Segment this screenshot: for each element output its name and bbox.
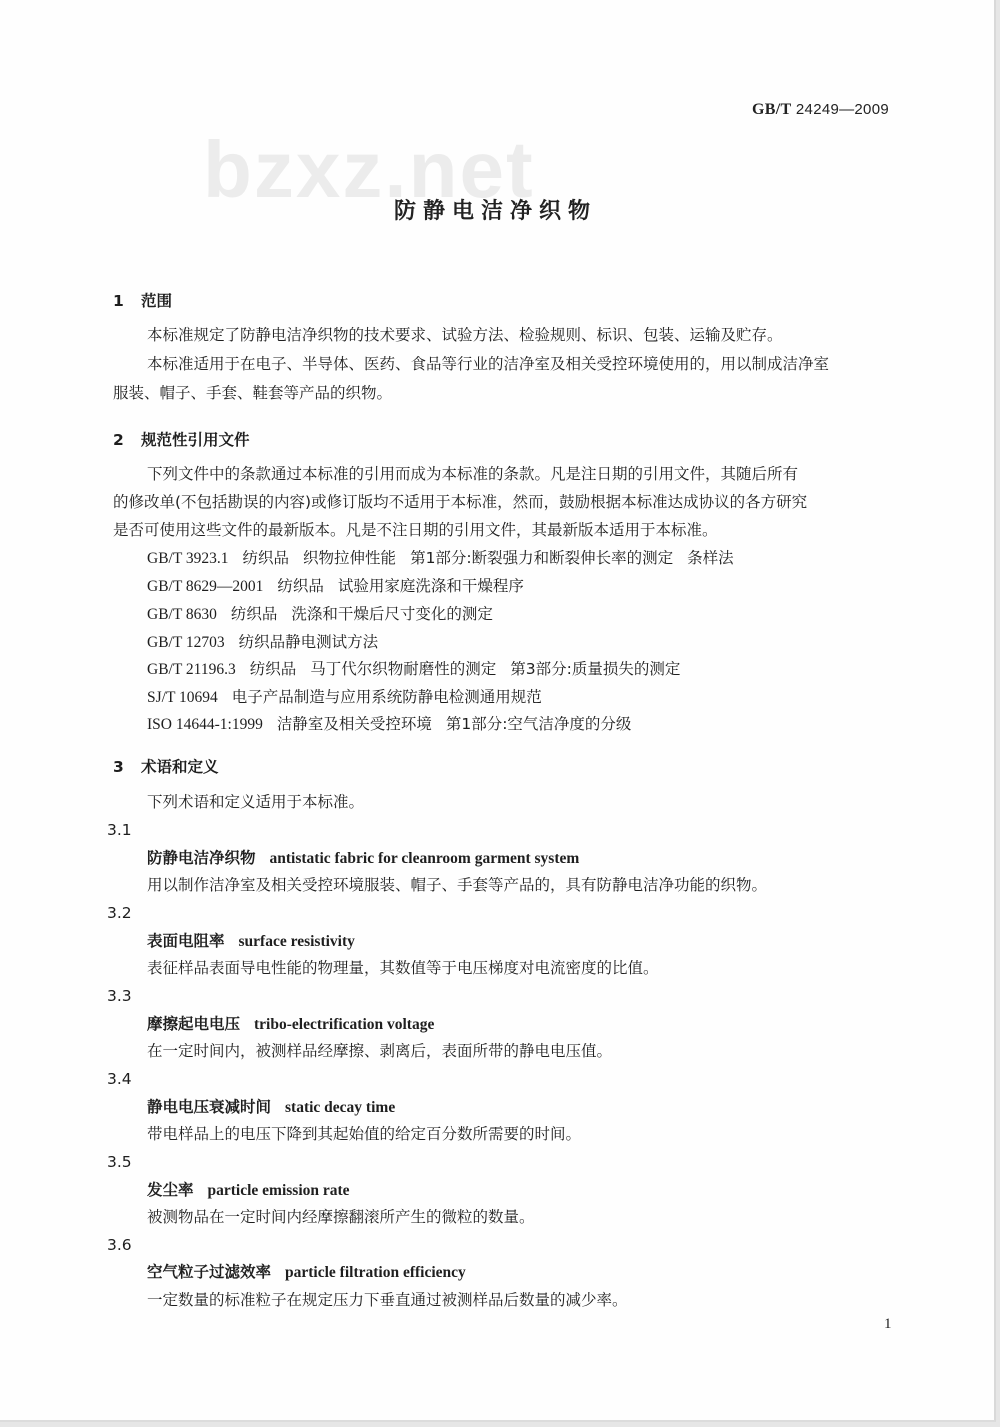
standard-prefix: GB/T bbox=[752, 101, 791, 118]
term-en: antistatic fabric for cleanroom garment … bbox=[270, 850, 580, 867]
document-title: 防静电洁净织物 bbox=[394, 194, 597, 225]
term-definition: 用以制作洁净室及相关受控环境服装、帽子、手套等产品的，具有防静电洁净功能的织物。 bbox=[147, 876, 767, 894]
term-en: static decay time bbox=[285, 1099, 395, 1116]
paragraph: 服装、帽子、手套、鞋套等产品的织物。 bbox=[113, 384, 392, 402]
term-en: particle filtration efficiency bbox=[285, 1264, 466, 1281]
section-title: 术语和定义 bbox=[141, 758, 219, 776]
paragraph: 的修改单(不包括勘误的内容)或修订版均不适用于本标准，然而，鼓励根据本标准达成协… bbox=[113, 493, 807, 511]
term-zh: 发尘率 bbox=[147, 1181, 194, 1199]
reference-part: 电子产品制造与应用系统防静电检测通用规范 bbox=[232, 688, 542, 706]
paragraph: 是否可使用这些文件的最新版本。凡是不注日期的引用文件，其最新版本适用于本标准。 bbox=[113, 521, 718, 539]
term-heading: 静电电压衰减时间static decay time bbox=[147, 1098, 395, 1117]
reference-part: 织物拉伸性能 bbox=[303, 549, 396, 567]
reference-part: 纺织品 bbox=[243, 549, 290, 567]
reference-part: 第3部分:质量损失的测定 bbox=[510, 660, 680, 678]
standard-number: 24249—2009 bbox=[796, 101, 889, 118]
document-page: GB/T 24249—2009 bzxz.net 防静电洁净织物 1范围 本标准… bbox=[0, 0, 996, 1422]
reference-part: 洁静室及相关受控环境 bbox=[277, 715, 432, 733]
term-en: tribo-electrification voltage bbox=[254, 1016, 434, 1033]
section-heading-1: 1范围 bbox=[113, 289, 172, 311]
reference-part: 纺织品静电测试方法 bbox=[239, 633, 379, 651]
reference-part: 第1部分:空气洁净度的分级 bbox=[446, 715, 632, 733]
paragraph: 下列文件中的条款通过本标准的引用而成为本标准的条款。凡是注日期的引用文件，其随后… bbox=[147, 465, 798, 483]
reference-item: ISO 14644-1:1999洁静室及相关受控环境第1部分:空气洁净度的分级 bbox=[147, 712, 645, 734]
reference-item: GB/T 12703纺织品静电测试方法 bbox=[147, 630, 392, 652]
term-definition: 带电样品上的电压下降到其起始值的给定百分数所需要的时间。 bbox=[147, 1125, 581, 1143]
reference-code: GB/T 8630 bbox=[147, 606, 217, 623]
term-number: 3.3 bbox=[107, 987, 132, 1005]
term-zh: 空气粒子过滤效率 bbox=[147, 1263, 271, 1281]
section-title: 规范性引用文件 bbox=[141, 431, 250, 449]
reference-part: 条样法 bbox=[687, 549, 734, 567]
reference-code: GB/T 3923.1 bbox=[147, 550, 229, 567]
reference-part: 纺织品 bbox=[231, 605, 278, 623]
term-heading: 防静电洁净织物antistatic fabric for cleanroom g… bbox=[147, 849, 579, 868]
reference-item: SJ/T 10694电子产品制造与应用系统防静电检测通用规范 bbox=[147, 685, 556, 707]
reference-code: ISO 14644-1:1999 bbox=[147, 716, 263, 733]
reference-item: GB/T 8629—2001纺织品试验用家庭洗涤和干燥程序 bbox=[147, 574, 538, 596]
reference-part: 纺织品 bbox=[277, 577, 324, 595]
section-heading-3: 3术语和定义 bbox=[113, 755, 219, 777]
reference-item: GB/T 21196.3纺织品马丁代尔织物耐磨性的测定第3部分:质量损失的测定 bbox=[147, 657, 694, 679]
section-number: 2 bbox=[113, 431, 141, 449]
reference-part: 试验用家庭洗涤和干燥程序 bbox=[338, 577, 524, 595]
reference-code: GB/T 8629—2001 bbox=[147, 578, 263, 595]
paragraph: 下列术语和定义适用于本标准。 bbox=[147, 793, 364, 811]
term-number: 3.1 bbox=[107, 821, 132, 839]
standard-code: GB/T 24249—2009 bbox=[752, 101, 889, 119]
section-number: 3 bbox=[113, 758, 141, 776]
section-number: 1 bbox=[113, 292, 141, 310]
reference-part: 第1部分:断裂强力和断裂伸长率的测定 bbox=[410, 549, 673, 567]
term-zh: 表面电阻率 bbox=[147, 932, 225, 950]
reference-item: GB/T 8630纺织品洗涤和干燥后尺寸变化的测定 bbox=[147, 602, 507, 624]
term-zh: 静电电压衰减时间 bbox=[147, 1098, 271, 1116]
paragraph: 本标准适用于在电子、半导体、医药、食品等行业的洁净室及相关受控环境使用的，用以制… bbox=[147, 355, 829, 373]
term-number: 3.2 bbox=[107, 904, 132, 922]
reference-part: 纺织品 bbox=[250, 660, 297, 678]
reference-item: GB/T 3923.1纺织品织物拉伸性能第1部分:断裂强力和断裂伸长率的测定条样… bbox=[147, 546, 748, 568]
term-zh: 防静电洁净织物 bbox=[147, 849, 256, 867]
term-heading: 摩擦起电电压tribo-electrification voltage bbox=[147, 1015, 434, 1034]
term-definition: 一定数量的标准粒子在规定压力下垂直通过被测样品后数量的减少率。 bbox=[147, 1291, 628, 1309]
term-number: 3.6 bbox=[107, 1236, 132, 1254]
term-en: surface resistivity bbox=[239, 933, 355, 950]
term-heading: 发尘率particle emission rate bbox=[147, 1181, 350, 1200]
term-definition: 表征样品表面导电性能的物理量，其数值等于电压梯度对电流密度的比值。 bbox=[147, 959, 659, 977]
reference-part: 马丁代尔织物耐磨性的测定 bbox=[310, 660, 496, 678]
term-number: 3.4 bbox=[107, 1070, 132, 1088]
term-zh: 摩擦起电电压 bbox=[147, 1015, 240, 1033]
page-number: 1 bbox=[884, 1316, 892, 1333]
term-definition: 被测物品在一定时间内经摩擦翻滚所产生的微粒的数量。 bbox=[147, 1208, 535, 1226]
term-number: 3.5 bbox=[107, 1153, 132, 1171]
term-heading: 表面电阻率surface resistivity bbox=[147, 932, 355, 951]
reference-code: SJ/T 10694 bbox=[147, 689, 218, 706]
term-heading: 空气粒子过滤效率particle filtration efficiency bbox=[147, 1263, 466, 1282]
term-en: particle emission rate bbox=[208, 1182, 350, 1199]
paragraph: 本标准规定了防静电洁净织物的技术要求、试验方法、检验规则、标识、包装、运输及贮存… bbox=[147, 326, 783, 344]
reference-code: GB/T 12703 bbox=[147, 634, 225, 651]
reference-part: 洗涤和干燥后尺寸变化的测定 bbox=[291, 605, 493, 623]
term-definition: 在一定时间内，被测样品经摩擦、剥离后，表面所带的静电电压值。 bbox=[147, 1042, 612, 1060]
section-title: 范围 bbox=[141, 292, 172, 310]
section-heading-2: 2规范性引用文件 bbox=[113, 428, 250, 450]
reference-code: GB/T 21196.3 bbox=[147, 661, 236, 678]
